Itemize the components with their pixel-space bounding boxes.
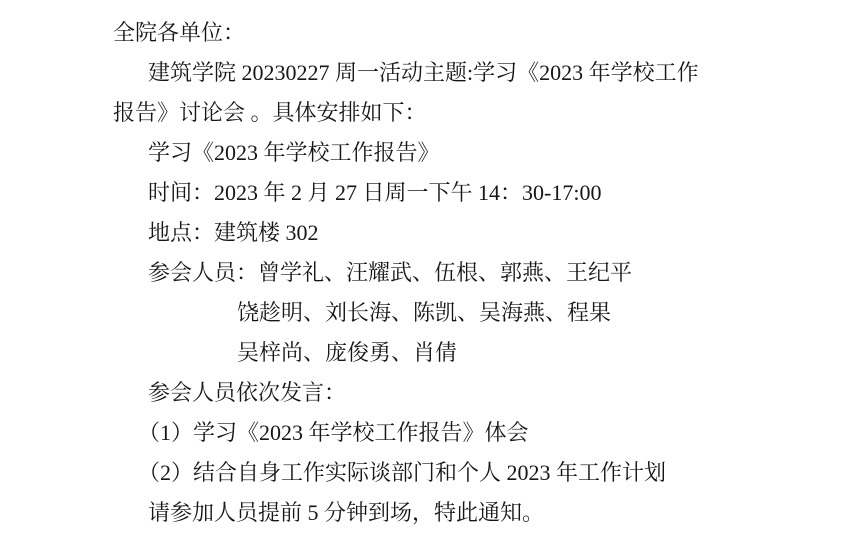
intro-line-1: 建筑学院 20230227 周一活动主题:学习《2023 年学校工作 [0, 53, 846, 93]
speaking-order-line: 参会人员依次发言： [0, 373, 846, 413]
topic-line: 学习《2023 年学校工作报告》 [0, 133, 846, 173]
attendees-line-3: 吴梓尚、庞俊勇、肖倩 [0, 333, 846, 373]
location-line: 地点：建筑楼 302 [0, 213, 846, 253]
notice-document: 全院各单位： 建筑学院 20230227 周一活动主题:学习《2023 年学校工… [0, 0, 846, 533]
agenda-item-2: （2）结合自身工作实际谈部门和个人 2023 年工作计划 [0, 453, 846, 493]
agenda-item-1: （1）学习《2023 年学校工作报告》体会 [0, 413, 846, 453]
intro-line-2: 报告》讨论会 。具体安排如下： [0, 93, 846, 133]
time-line: 时间：2023 年 2 月 27 日周一下午 14：30-17:00 [0, 173, 846, 213]
attendees-line-1: 参会人员：曾学礼、汪耀武、伍根、郭燕、王纪平 [0, 253, 846, 293]
salutation-line: 全院各单位： [0, 13, 846, 53]
closing-line: 请参加人员提前 5 分钟到场，特此通知。 [0, 493, 846, 533]
attendees-line-2: 饶趁明、刘长海、陈凯、吴海燕、程果 [0, 293, 846, 333]
